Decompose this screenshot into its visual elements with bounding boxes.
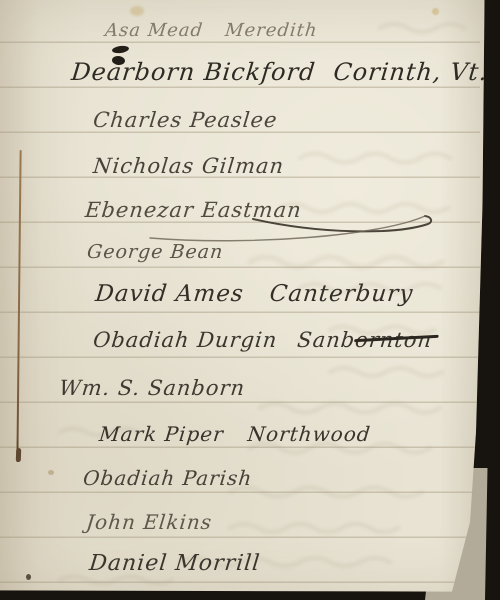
manuscript-line: Wm. S. Sanborn (58, 376, 246, 400)
place-text-struck: Sanbornton (296, 328, 433, 352)
manuscript-line: Nicholas Gilman (92, 154, 285, 178)
manuscript-line: Dearborn BickfordCorinth, Vt. (70, 58, 489, 86)
name-text: Wm. S. Sanborn (58, 376, 246, 400)
name-text: Obadiah Parish (82, 466, 254, 490)
name-text: Dearborn Bickford (70, 58, 317, 86)
name-text: Asa Mead (104, 20, 204, 41)
paper-stain (130, 6, 144, 16)
manuscript-line: Asa MeadMeredith (104, 20, 319, 41)
manuscript-line: Mark PiperNorthwood (98, 422, 372, 446)
place-text: Northwood (247, 422, 373, 446)
place-text: Canterbury (268, 281, 414, 307)
paper-stain (26, 574, 31, 580)
name-text: Obadiah Durgin (92, 328, 279, 352)
place-text: Meredith (224, 20, 319, 41)
name-text: George Bean (86, 241, 224, 263)
name-text: John Elkins (85, 510, 213, 534)
manuscript-line: Obadiah DurginSanbornton (92, 328, 433, 352)
manuscript-line: John Elkins (85, 510, 213, 534)
name-text: David Ames (94, 281, 245, 307)
paper-stain (432, 8, 439, 15)
manuscript-line: George Bean (86, 241, 224, 263)
manuscript-line: Charles Peaslee (92, 108, 279, 132)
paper-stain (48, 470, 54, 475)
name-text: Daniel Morrill (88, 551, 262, 576)
binding-thread-knot (16, 448, 21, 462)
name-text: Ebenezar Eastman (84, 198, 303, 222)
manuscript-page: Asa MeadMeredith Dearborn BickfordCorint… (0, 0, 500, 600)
name-text: Charles Peaslee (92, 108, 279, 132)
manuscript-line: Obadiah Parish (82, 466, 254, 490)
manuscript-line: Ebenezar Eastman (84, 198, 303, 222)
name-text: Mark Piper (98, 422, 225, 446)
manuscript-line: David AmesCanterbury (94, 281, 415, 307)
name-text: Nicholas Gilman (92, 154, 285, 178)
place-text: Corinth, Vt. (332, 58, 489, 86)
manuscript-line: Daniel Morrill (88, 551, 262, 576)
photo-background: Asa MeadMeredith Dearborn BickfordCorint… (0, 0, 500, 600)
